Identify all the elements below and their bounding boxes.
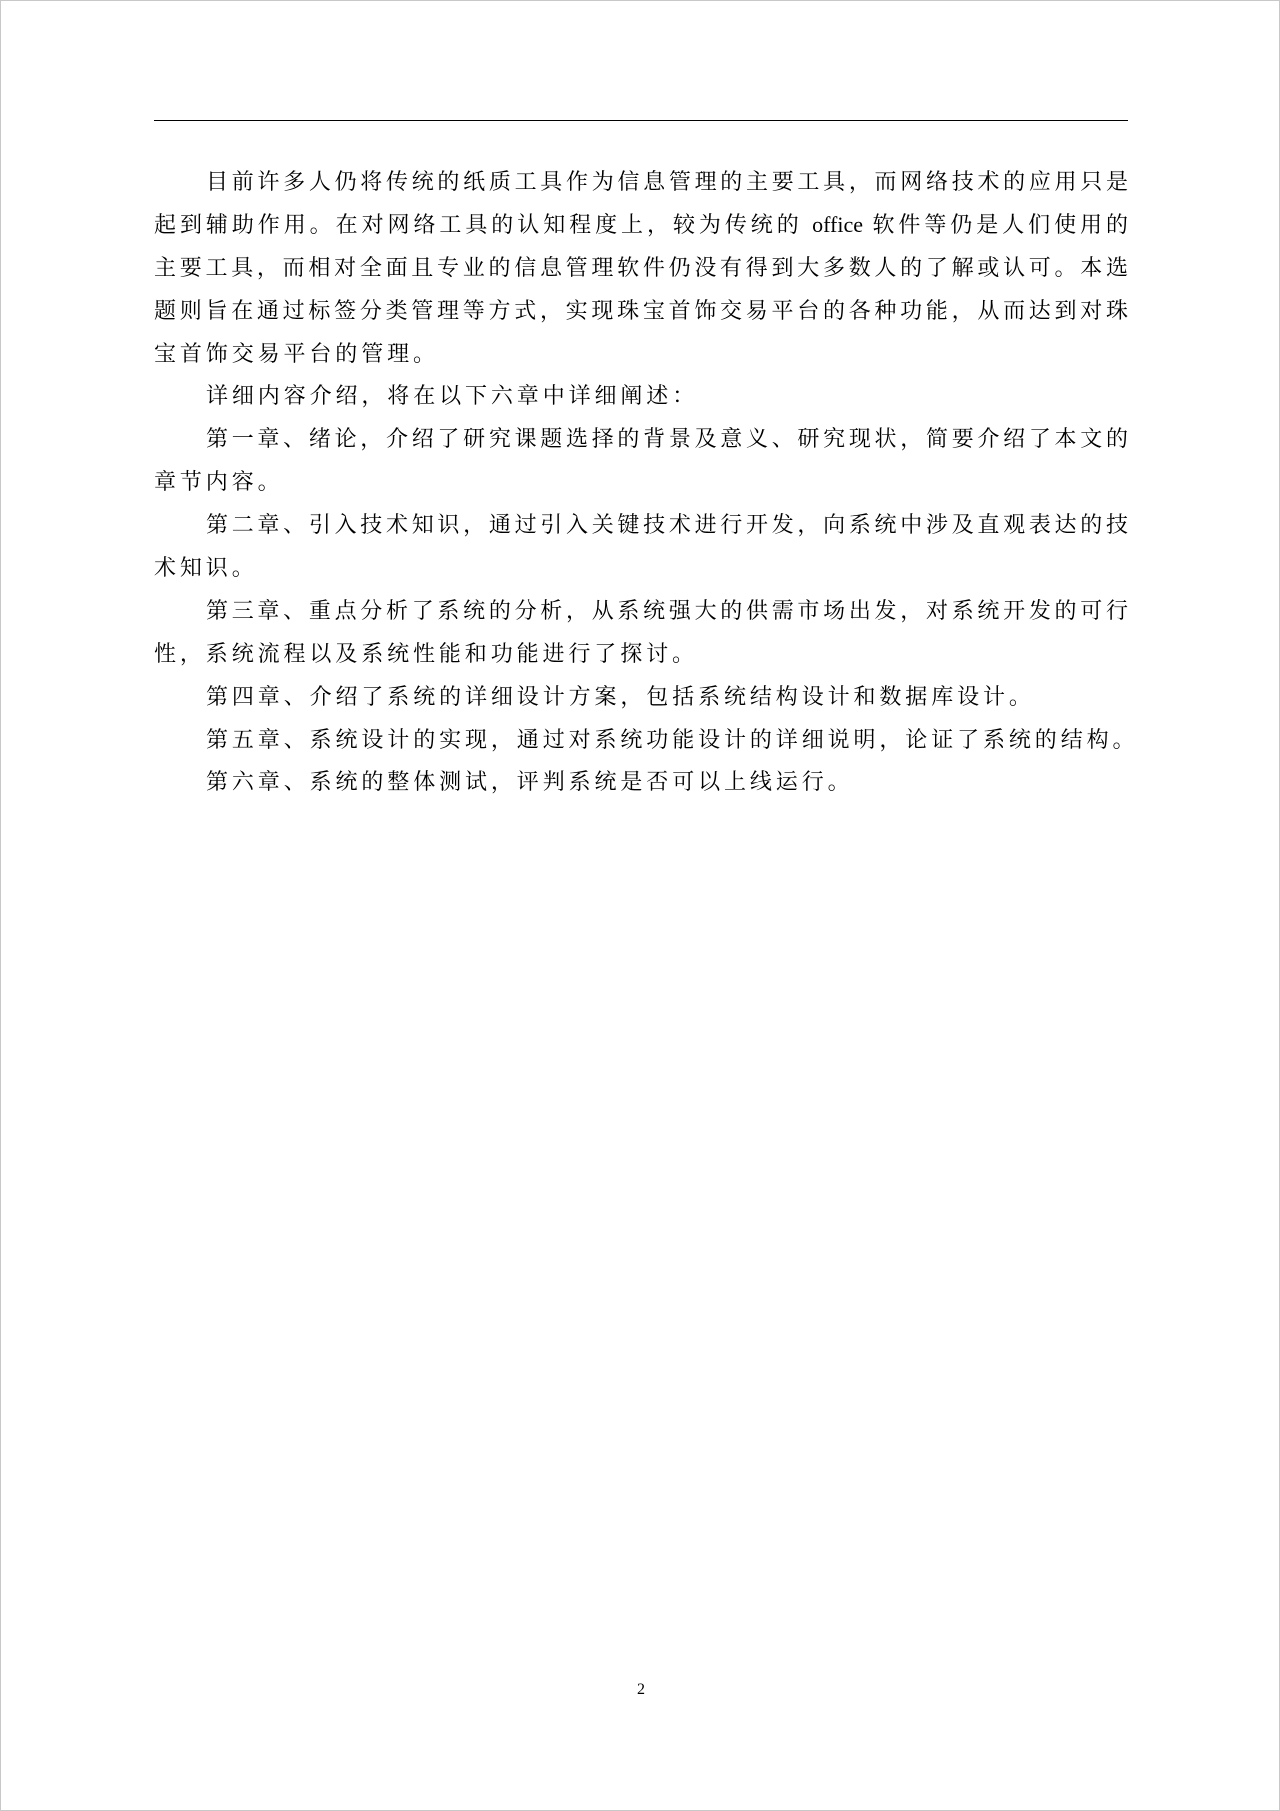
paragraph-line: 第三章、重点分析了系统的分析，从系统强大的供需市场出发，对系统开发的可行 <box>154 590 1128 633</box>
paragraph-line: 详细内容介绍，将在以下六章中详细阐述： <box>154 375 1128 418</box>
paragraph-line: 第四章、介绍了系统的详细设计方案，包括系统结构设计和数据库设计。 <box>154 676 1128 719</box>
paragraph-line: 术知识。 <box>154 547 1128 590</box>
page-number: 2 <box>1 1681 1280 1699</box>
paragraph-line: 性，系统流程以及系统性能和功能进行了探讨。 <box>154 633 1128 676</box>
paragraph-line: 第六章、系统的整体测试，评判系统是否可以上线运行。 <box>154 761 1128 804</box>
paragraph-line: 第二章、引入技术知识，通过引入关键技术进行开发，向系统中涉及直观表达的技 <box>154 504 1128 547</box>
paragraph-line: 主要工具，而相对全面且专业的信息管理软件仍没有得到大多数人的了解或认可。本选 <box>154 247 1128 290</box>
body-text: 目前许多人仍将传统的纸质工具作为信息管理的主要工具，而网络技术的应用只是 起到辅… <box>154 161 1128 804</box>
paragraph-line: 第五章、系统设计的实现，通过对系统功能设计的详细说明，论证了系统的结构。 <box>154 719 1128 762</box>
paragraph-line: 题则旨在通过标签分类管理等方式，实现珠宝首饰交易平台的各种功能，从而达到对珠 <box>154 290 1128 333</box>
paragraph-line: 宝首饰交易平台的管理。 <box>154 333 1128 376</box>
paragraph-line: 章节内容。 <box>154 461 1128 504</box>
document-page: 目前许多人仍将传统的纸质工具作为信息管理的主要工具，而网络技术的应用只是 起到辅… <box>0 0 1280 1811</box>
paragraph-line: 第一章、绪论，介绍了研究课题选择的背景及意义、研究现状，简要介绍了本文的 <box>154 418 1128 461</box>
paragraph-line: 起到辅助作用。在对网络工具的认知程度上，较为传统的 office 软件等仍是人们… <box>154 204 1128 247</box>
paragraph-line: 目前许多人仍将传统的纸质工具作为信息管理的主要工具，而网络技术的应用只是 <box>154 161 1128 204</box>
header-rule <box>154 120 1128 121</box>
